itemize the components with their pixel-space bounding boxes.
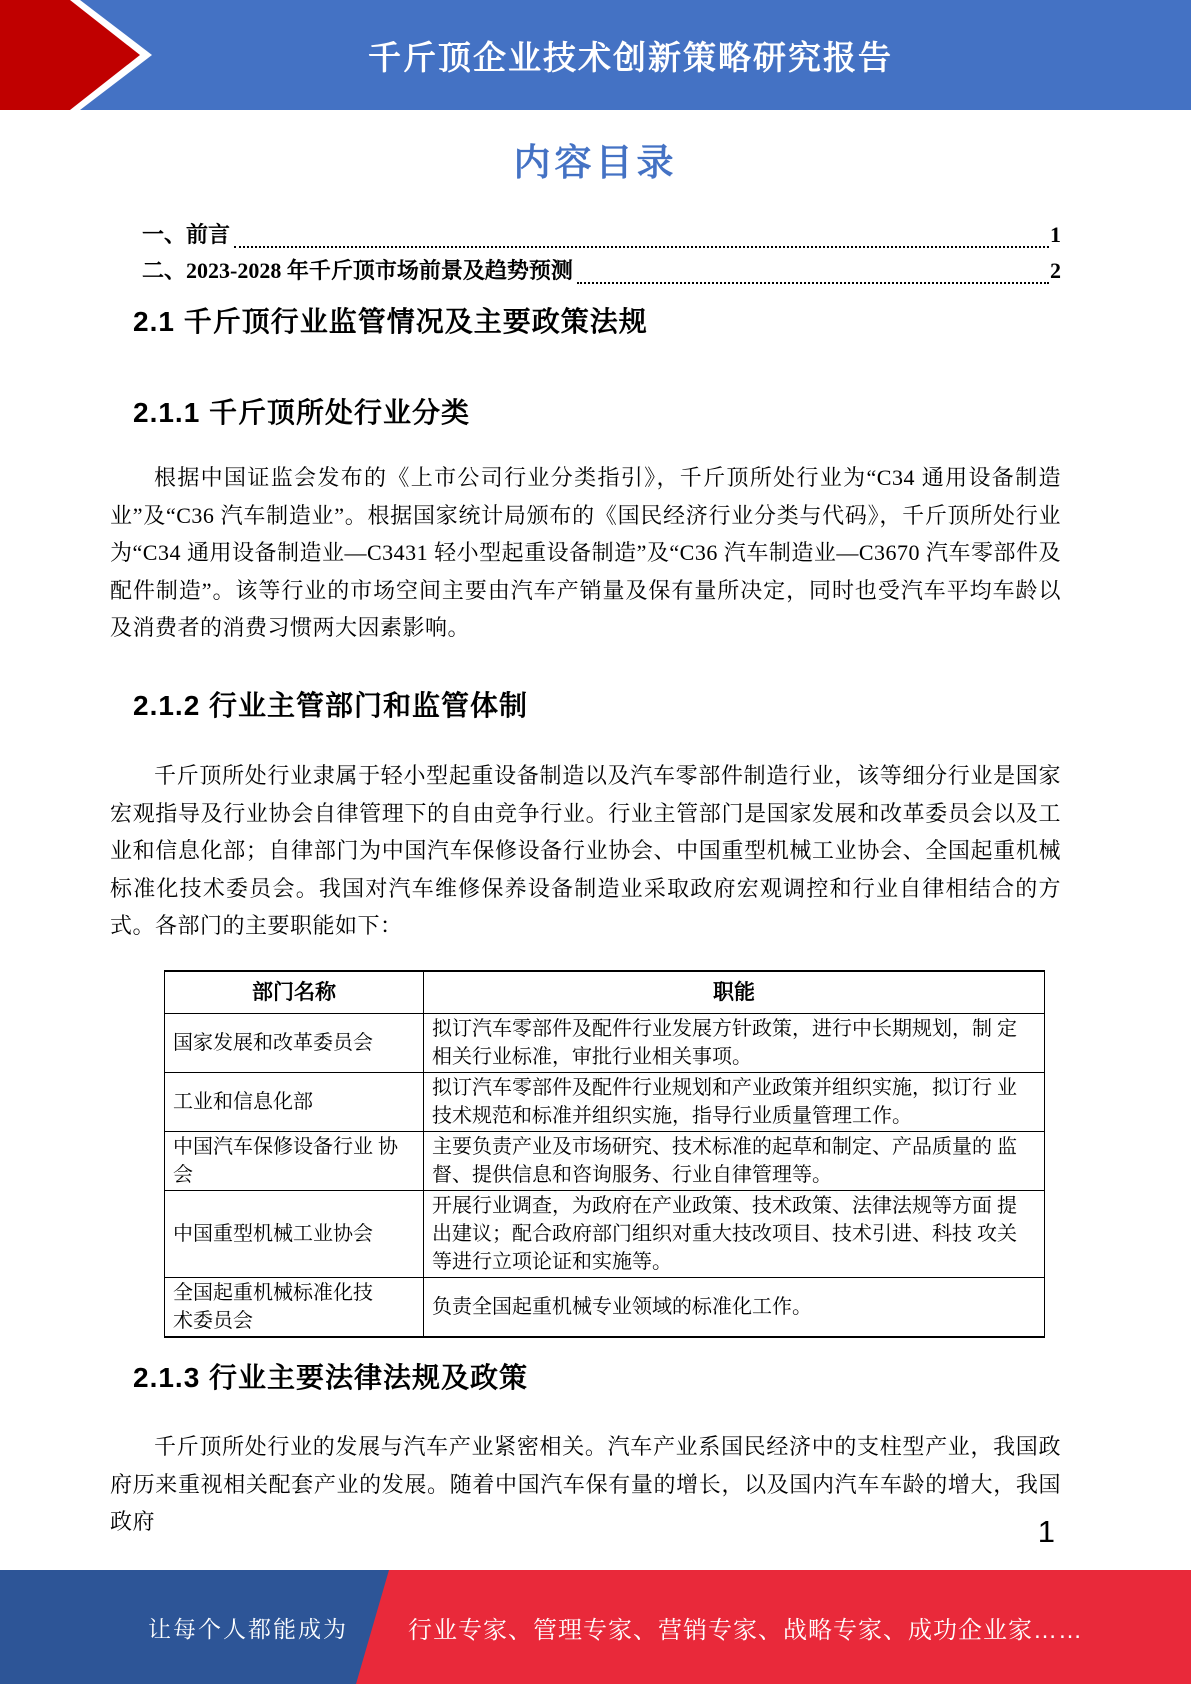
toc-entry-label[interactable]: 二、2023-2028 年千斤顶市场前景及趋势预测 — [142, 254, 573, 285]
table-header-row: 部门名称 职能 — [165, 971, 1045, 1013]
footer-slogan-left: 让每个人都能成为 — [148, 1570, 348, 1684]
chevron-arrow-icon — [0, 0, 190, 110]
page-number: 1 — [1038, 1514, 1055, 1550]
heading-2-1: 2.1 千斤顶行业监管情况及主要政策法规 — [133, 300, 648, 340]
department-cell: 中国汽车保修设备行业 协会 — [165, 1131, 424, 1190]
table-row: 工业和信息化部 拟订汽车零部件及配件行业规划和产业政策并组织实施，拟订行 业 技… — [165, 1072, 1045, 1131]
table-row: 中国重型机械工业协会 开展行业调查，为政府在产业政策、技术政策、法律法规等方面 … — [165, 1190, 1045, 1277]
paragraph-2-1-1: 根据中国证监会发布的《上市公司行业分类指引》，千斤顶所处行业为“C34 通用设备… — [110, 459, 1061, 647]
function-cell: 负责全国起重机械专业领域的标准化工作。 — [424, 1277, 1045, 1337]
function-cell: 拟订汽车零部件及配件行业发展方针政策，进行中长期规划，制 定 相关行业标准，审批… — [424, 1013, 1045, 1072]
table-row: 国家发展和改革委员会 拟订汽车零部件及配件行业发展方针政策，进行中长期规划，制 … — [165, 1013, 1045, 1072]
heading-2-1-3: 2.1.3 行业主要法律法规及政策 — [133, 1356, 528, 1396]
table-row: 全国起重机械标准化技 术委员会 负责全国起重机械专业领域的标准化工作。 — [165, 1277, 1045, 1337]
table-header-department: 部门名称 — [165, 971, 424, 1013]
toc-entry[interactable]: 二、2023-2028 年千斤顶市场前景及趋势预测 2 — [142, 254, 1061, 290]
toc-entry[interactable]: 一、前言 1 — [142, 218, 1061, 254]
function-cell: 主要负责产业及市场研究、技术标准的起草和制定、产品质量的 监 督、提供信息和咨询… — [424, 1131, 1045, 1190]
departments-table: 部门名称 职能 国家发展和改革委员会 拟订汽车零部件及配件行业发展方针政策，进行… — [164, 970, 1045, 1338]
function-cell: 开展行业调查，为政府在产业政策、技术政策、法律法规等方面 提 出建议；配合政府部… — [424, 1190, 1045, 1277]
heading-2-1-2: 2.1.2 行业主管部门和监管体制 — [133, 684, 528, 724]
paragraph-2-1-3: 千斤顶所处行业的发展与汽车产业紧密相关。汽车产业系国民经济中的支柱型产业，我国政… — [110, 1428, 1061, 1541]
department-cell: 中国重型机械工业协会 — [165, 1190, 424, 1277]
toc-dot-leader — [234, 246, 1049, 248]
toc-list: 一、前言 1 二、2023-2028 年千斤顶市场前景及趋势预测 2 — [142, 218, 1061, 290]
toc-entry-page[interactable]: 2 — [1050, 258, 1061, 284]
department-cell: 工业和信息化部 — [165, 1072, 424, 1131]
department-cell: 国家发展和改革委员会 — [165, 1013, 424, 1072]
header-banner: 千斤顶企业技术创新策略研究报告 — [0, 0, 1191, 110]
function-cell: 拟订汽车零部件及配件行业规划和产业政策并组织实施，拟订行 业 技术规范和标准并组… — [424, 1072, 1045, 1131]
heading-2-1-1: 2.1.1 千斤顶所处行业分类 — [133, 391, 470, 431]
toc-entry-page[interactable]: 1 — [1050, 222, 1061, 248]
footer-slogan-right: 行业专家、管理专家、营销专家、战略专家、成功企业家…… — [408, 1570, 1083, 1684]
footer-bar: 让每个人都能成为 行业专家、管理专家、营销专家、战略专家、成功企业家…… — [0, 1570, 1191, 1684]
table-header-function: 职能 — [424, 971, 1045, 1013]
toc-dot-leader — [577, 282, 1049, 284]
paragraph-2-1-2: 千斤顶所处行业隶属于轻小型起重设备制造以及汽车零部件制造行业，该等细分行业是国家… — [110, 757, 1061, 945]
table-row: 中国汽车保修设备行业 协会 主要负责产业及市场研究、技术标准的起草和制定、产品质… — [165, 1131, 1045, 1190]
department-cell: 全国起重机械标准化技 术委员会 — [165, 1277, 424, 1337]
toc-title: 内容目录 — [0, 132, 1191, 186]
report-title: 千斤顶企业技术创新策略研究报告 — [298, 32, 893, 79]
toc-entry-label[interactable]: 一、前言 — [142, 218, 230, 249]
